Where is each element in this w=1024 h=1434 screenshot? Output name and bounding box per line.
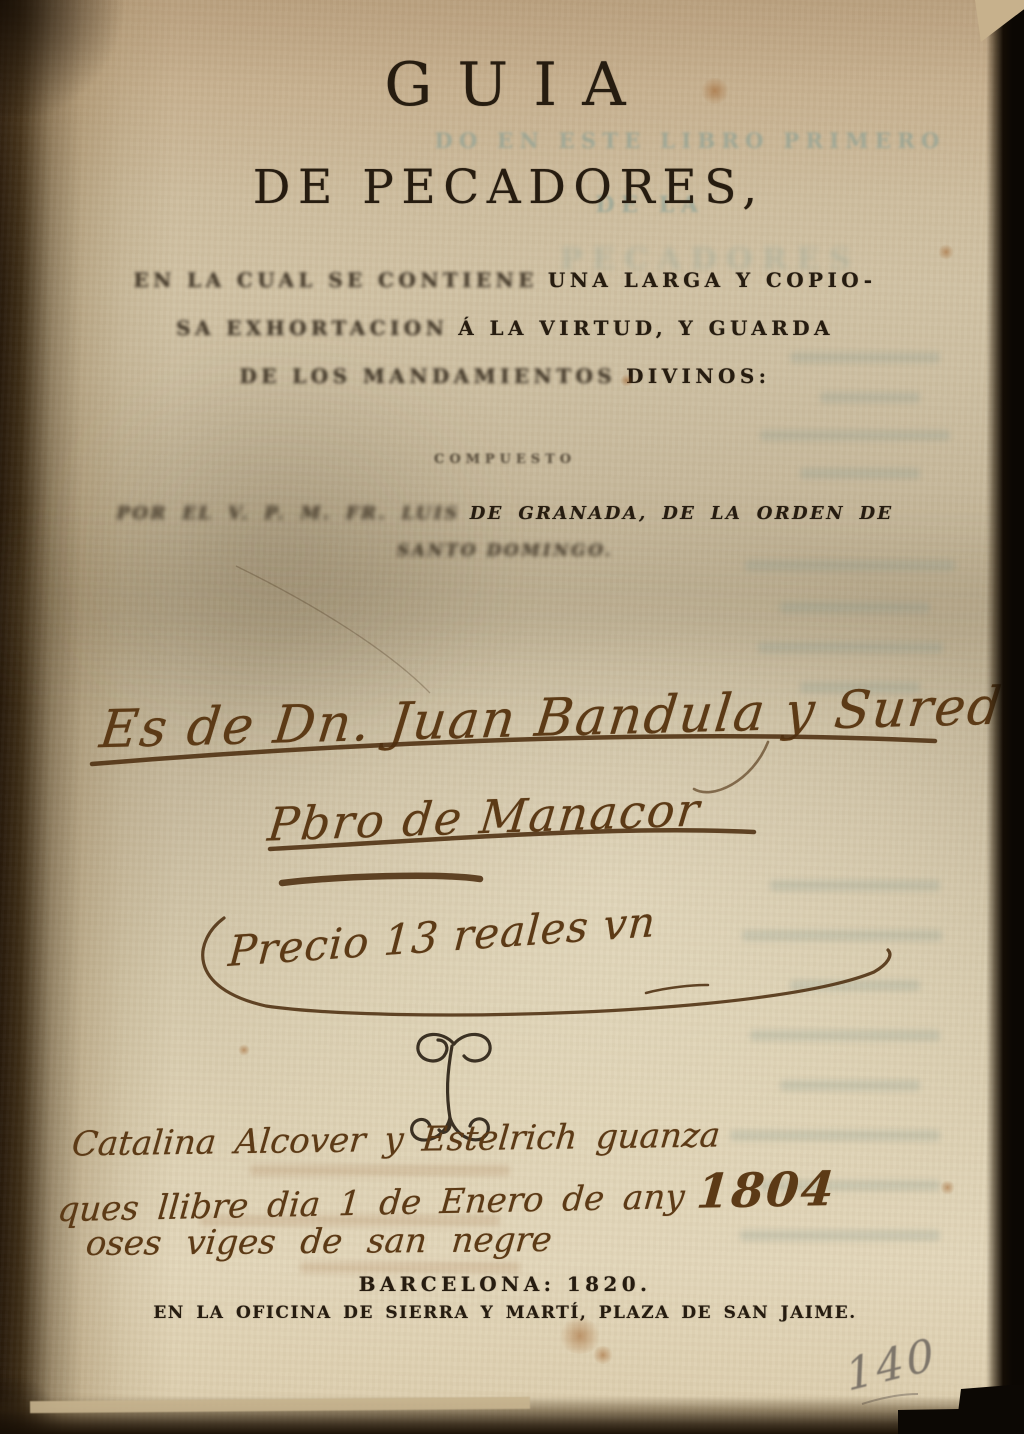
ownership-note-line2: ques llibre dia 1 de Enero de any1804 — [56, 1162, 838, 1233]
scan-corner-top-left — [0, 0, 130, 116]
crossed-out-ownership-line2: Pbro de Manacor — [265, 782, 703, 851]
foxing-stain — [238, 1044, 250, 1056]
vn-underline-stroke — [646, 985, 708, 993]
compiler-label: COMPUESTO — [0, 452, 1010, 467]
ink-monogram-icon — [392, 1028, 512, 1163]
ownership-note-line2-text: ques llibre dia 1 de Enero de any — [56, 1177, 686, 1230]
imprint-city-year: BARCELONA: 1820. — [0, 1272, 1010, 1296]
show-through-line — [750, 1030, 940, 1041]
show-through-text: DO EN ESTE LIBRO PRIMERO — [380, 128, 1000, 153]
ownership-note-line3: oses viges de san negre — [84, 1220, 554, 1264]
imprint-office: EN LA OFICINA DE SIERRA Y MARTÍ, PLAZA D… — [0, 1303, 1010, 1323]
price-flourish-stroke — [203, 918, 890, 1015]
foxing-stain — [938, 244, 954, 260]
show-through-line — [770, 880, 940, 891]
show-through-line — [760, 1180, 940, 1191]
subtitle-line-2: SA EXHORTACIONÁ LA VIRTUD, Y GUARDA — [0, 316, 1010, 340]
pencil-folio-number: 140 — [843, 1329, 940, 1402]
show-through-line — [780, 1080, 920, 1091]
strikethrough-stroke — [92, 736, 935, 764]
show-through-line — [760, 430, 950, 441]
subtitle-clear-part: DIVINOS: — [626, 364, 770, 388]
subtitle-smudged-part: EN LA CUAL SE CONTIENE — [133, 268, 537, 292]
author-line2-text: SANTO DOMINGO. — [397, 541, 613, 561]
show-through-line — [200, 1215, 500, 1226]
compiler-label-text: COMPUESTO — [434, 452, 576, 467]
book-title-line1: GUIA — [0, 50, 1010, 120]
author-line: POR EL V. P. M. FR. LUISDE GRANADA, DE L… — [0, 503, 1010, 524]
heavy-underline-stroke — [282, 876, 480, 883]
strikethrough-stroke — [270, 830, 754, 849]
scanned-page: DO EN ESTE LIBRO PRIMERO DE LA PECADORES… — [0, 0, 1024, 1434]
subtitle-smudged-part: DE LOS MANDAMIENTOS — [240, 364, 617, 388]
show-through-line — [740, 1230, 940, 1241]
author-line-2: SANTO DOMINGO. — [0, 541, 1010, 561]
foxing-stain — [558, 1318, 602, 1354]
ownership-note-line1: Catalina Alcover y Estelrich guanza — [70, 1115, 722, 1164]
scan-edge-right — [986, 0, 1024, 1434]
show-through-line — [742, 930, 942, 941]
show-through-line — [730, 1130, 940, 1141]
subtitle-line-3: DE LOS MANDAMIENTOSDIVINOS: — [0, 364, 1010, 388]
show-through-line — [820, 392, 920, 403]
show-through-line — [790, 352, 940, 363]
ownership-year: 1804 — [695, 1162, 838, 1220]
subtitle-smudged-part: SA EXHORTACION — [176, 316, 448, 340]
book-title-line2: DE PECADORES, — [0, 160, 1010, 215]
subtitle-clear-part: UNA LARGA Y COPIO- — [548, 268, 877, 292]
subtitle-line-1: EN LA CUAL SE CONTIENEUNA LARGA Y COPIO- — [0, 268, 1010, 292]
show-through-line — [800, 468, 920, 479]
subtitle-clear-part: Á LA VIRTUD, Y GUARDA — [458, 316, 834, 340]
foxing-stain — [592, 1346, 614, 1364]
author-clear-part: DE GRANADA, DE LA ORDEN DE — [470, 503, 894, 524]
foxing-stain — [940, 1180, 955, 1195]
ink-strokes-overlay — [0, 0, 1024, 1434]
show-through-line — [790, 980, 920, 991]
show-through-line — [250, 1165, 510, 1176]
descender-flourish-stroke — [694, 742, 768, 792]
author-smudged-part: POR EL V. P. M. FR. LUIS — [117, 503, 460, 524]
price-annotation: Precio 13 reales vn — [227, 897, 658, 976]
